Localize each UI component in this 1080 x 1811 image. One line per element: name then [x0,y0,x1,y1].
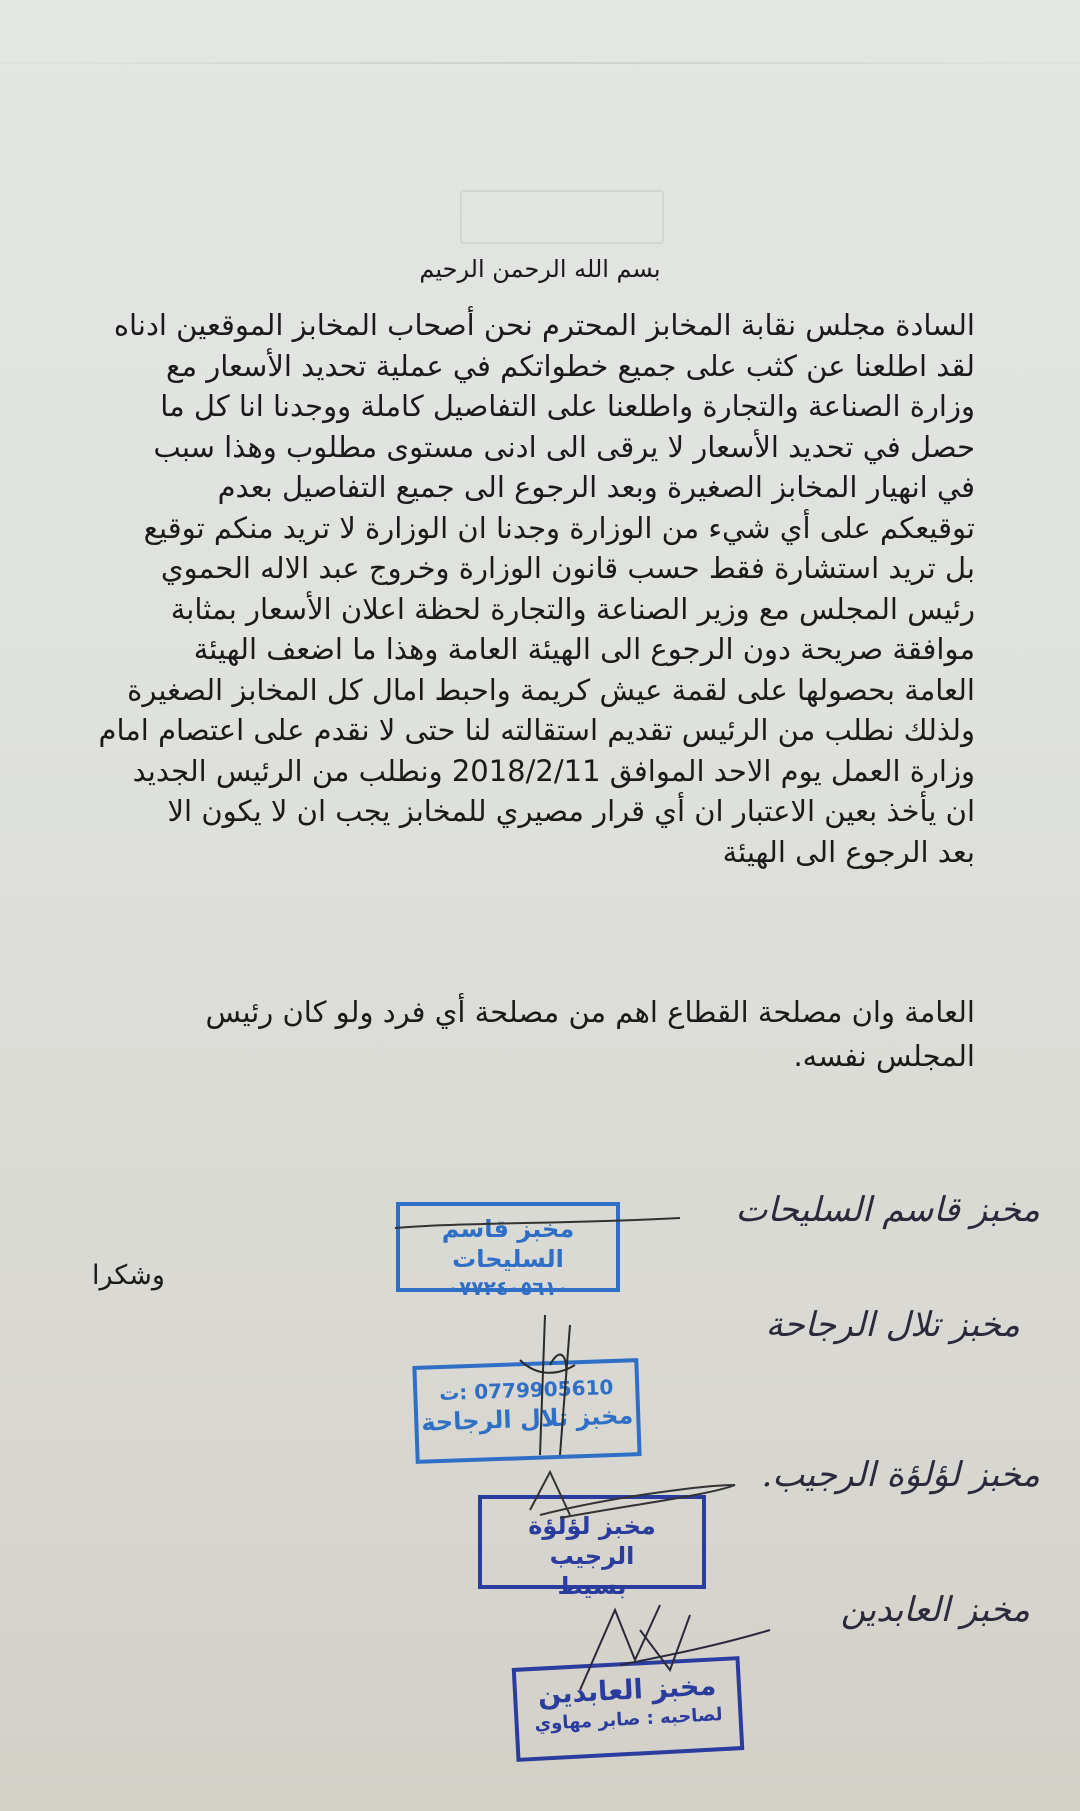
bakery-stamp-1: مخبز قاسم السليحات ٠٧٧٢٤٠٥٦١٠ [396,1202,620,1292]
body-line: العامة بحصولها على لقمة عيش كريمة واحبط … [105,670,975,711]
body-line: وزارة العمل يوم الاحد الموافق 2018/2/11 … [105,751,975,792]
handwritten-signature-3: مخبز لؤلؤة الرجيب. [762,1455,1041,1495]
bakery-stamp-4: مخبز العابدين لصاحبه : صابر مهاوي [512,1656,745,1762]
body-line: السادة مجلس نقابة المخابز المحترم نحن أص… [105,305,975,346]
body-line: لقد اطلعنا عن كثب على جميع خطواتكم في عم… [105,346,975,387]
letter-body: السادة مجلس نقابة المخابز المحترم نحن أص… [105,305,975,872]
bakery-stamp-2: 0779905610 :ت مخبز تلال الرجاحة [412,1358,641,1464]
basmala-heading: بسم الله الرحمن الرحيم [0,255,1080,283]
faint-stamp-impression [460,190,664,244]
bakery-stamp-3: مخبز لؤلؤة الرجيب بسيط [478,1495,706,1589]
body-line: رئيس المجلس مع وزير الصناعة والتجارة لحظ… [105,589,975,630]
body-line: حصل في تحديد الأسعار لا يرقى الى ادنى مس… [105,427,975,468]
body-line: بل تريد استشارة فقط حسب قانون الوزارة وخ… [105,548,975,589]
closing-line: العامة وان مصلحة القطاع اهم من مصلحة أي … [105,990,975,1034]
letter-page: بسم الله الرحمن الرحيم السادة مجلس نقابة… [0,0,1080,1811]
body-line: في انهيار المخابز الصغيرة وبعد الرجوع ال… [105,467,975,508]
body-line: ان يأخذ بعين الاعتبار ان أي قرار مصيري ل… [105,791,975,832]
stamp-name: مخبز قاسم السليحات [400,1214,616,1274]
thanks-text: وشكرا [92,1260,165,1291]
body-line: وزارة الصناعة والتجارة واطلعنا على التفا… [105,386,975,427]
letter-closing: العامة وان مصلحة القطاع اهم من مصلحة أي … [105,990,975,1078]
stamp-name: مخبز لؤلؤة الرجيب [482,1511,702,1571]
handwritten-signature-4: مخبز العابدين [841,1590,1030,1630]
body-line: موافقة صريحة دون الرجوع الى الهيئة العام… [105,629,975,670]
paper-fold-line [0,62,1080,64]
closing-line: المجلس نفسه. [105,1034,975,1078]
handwritten-signature-2: مخبز تلال الرجاحة [766,1305,1020,1345]
handwritten-signature-1: مخبز قاسم السليحات [736,1190,1041,1230]
stamp-name: مخبز تلال الرجاحة [418,1400,637,1438]
body-line: بعد الرجوع الى الهيئة [105,832,975,873]
body-line: ولذلك نطلب من الرئيس تقديم استقالته لنا … [105,710,975,751]
body-line: توقيعكم على أي شيء من الوزارة وجدنا ان ا… [105,508,975,549]
stamp-subtitle: بسيط [482,1571,702,1601]
stamp-phone: ٠٧٧٢٤٠٥٦١٠ [400,1274,616,1302]
